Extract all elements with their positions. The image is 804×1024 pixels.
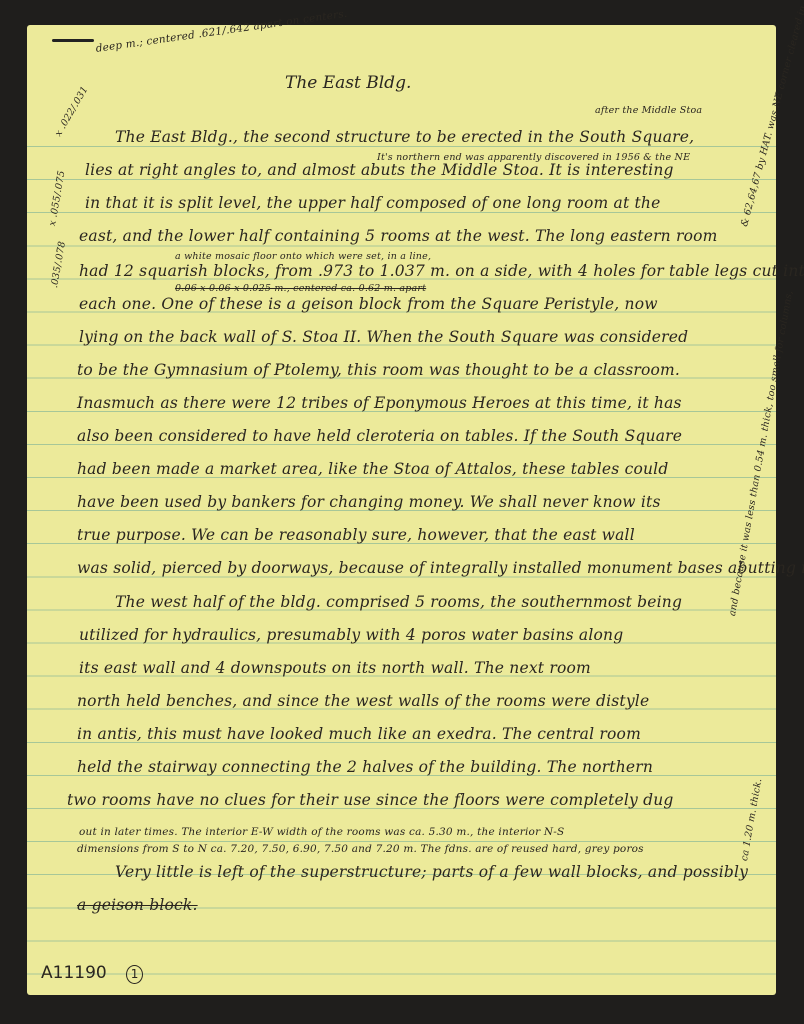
body-line: in that it is split level, the upper hal… [85, 194, 661, 212]
archive-id: A11190 1 [41, 963, 143, 984]
body-line: lies at right angles to, and almost abut… [85, 161, 674, 179]
body-line: The west half of the bldg. comprised 5 r… [115, 593, 682, 611]
page-number: 1 [126, 965, 143, 984]
body-line: Inasmuch as there were 12 tribes of Epon… [77, 394, 682, 412]
body-line: each one. One of these is a geison block… [79, 295, 658, 313]
page-title: The East Bldg. [285, 73, 411, 93]
body-line-struck: a geison block. [77, 896, 198, 914]
archive-id-text: A11190 [41, 963, 107, 983]
body-line: Very little is left of the superstructur… [115, 863, 748, 881]
body-line: dimensions from S to N ca. 7.20, 7.50, 6… [77, 843, 644, 855]
left-margin-note-1: x .022/.031 [53, 84, 91, 138]
body-line: lying on the back wall of S. Stoa II. Wh… [79, 328, 688, 346]
body-line: east, and the lower half containing 5 ro… [79, 227, 718, 245]
body-line: two rooms have no clues for their use si… [67, 791, 674, 809]
body-line: held the stairway connecting the 2 halve… [77, 758, 653, 776]
body-line: had been made a market area, like the St… [77, 460, 668, 478]
body-line: The East Bldg., the second structure to … [115, 128, 694, 146]
interlinear-insertion: a white mosaic floor onto which were set… [175, 251, 431, 262]
struck-dimensions: 0.06 x 0.06 x 0.025 m., centered ca. 0.6… [175, 283, 426, 294]
body-line: north held benches, and since the west w… [77, 692, 649, 710]
staple-mark [52, 39, 94, 42]
top-margin-note: deep m.; centered .621/.642 apart on cen… [95, 8, 348, 55]
body-line: in antis, this must have looked much lik… [77, 725, 641, 743]
body-line: its east wall and 4 downspouts on its no… [79, 659, 591, 677]
body-line: out in later times. The interior E-W wid… [79, 826, 564, 838]
margin-note-after-middle-stoa: after the Middle Stoa [595, 105, 702, 116]
body-line: was solid, pierced by doorways, because … [77, 559, 804, 577]
body-line: true purpose. We can be reasonably sure,… [77, 526, 635, 544]
body-line: have been used by bankers for changing m… [77, 493, 661, 511]
body-line: utilized for hydraulics, presumably with… [79, 626, 623, 644]
body-line: to be the Gymnasium of Ptolemy, this roo… [77, 361, 680, 379]
body-line: also been considered to have held clerot… [77, 427, 682, 445]
body-line: had 12 squarish blocks, from .973 to 1.0… [79, 262, 804, 280]
legal-pad-page: deep m.; centered .621/.642 apart on cen… [27, 25, 776, 995]
